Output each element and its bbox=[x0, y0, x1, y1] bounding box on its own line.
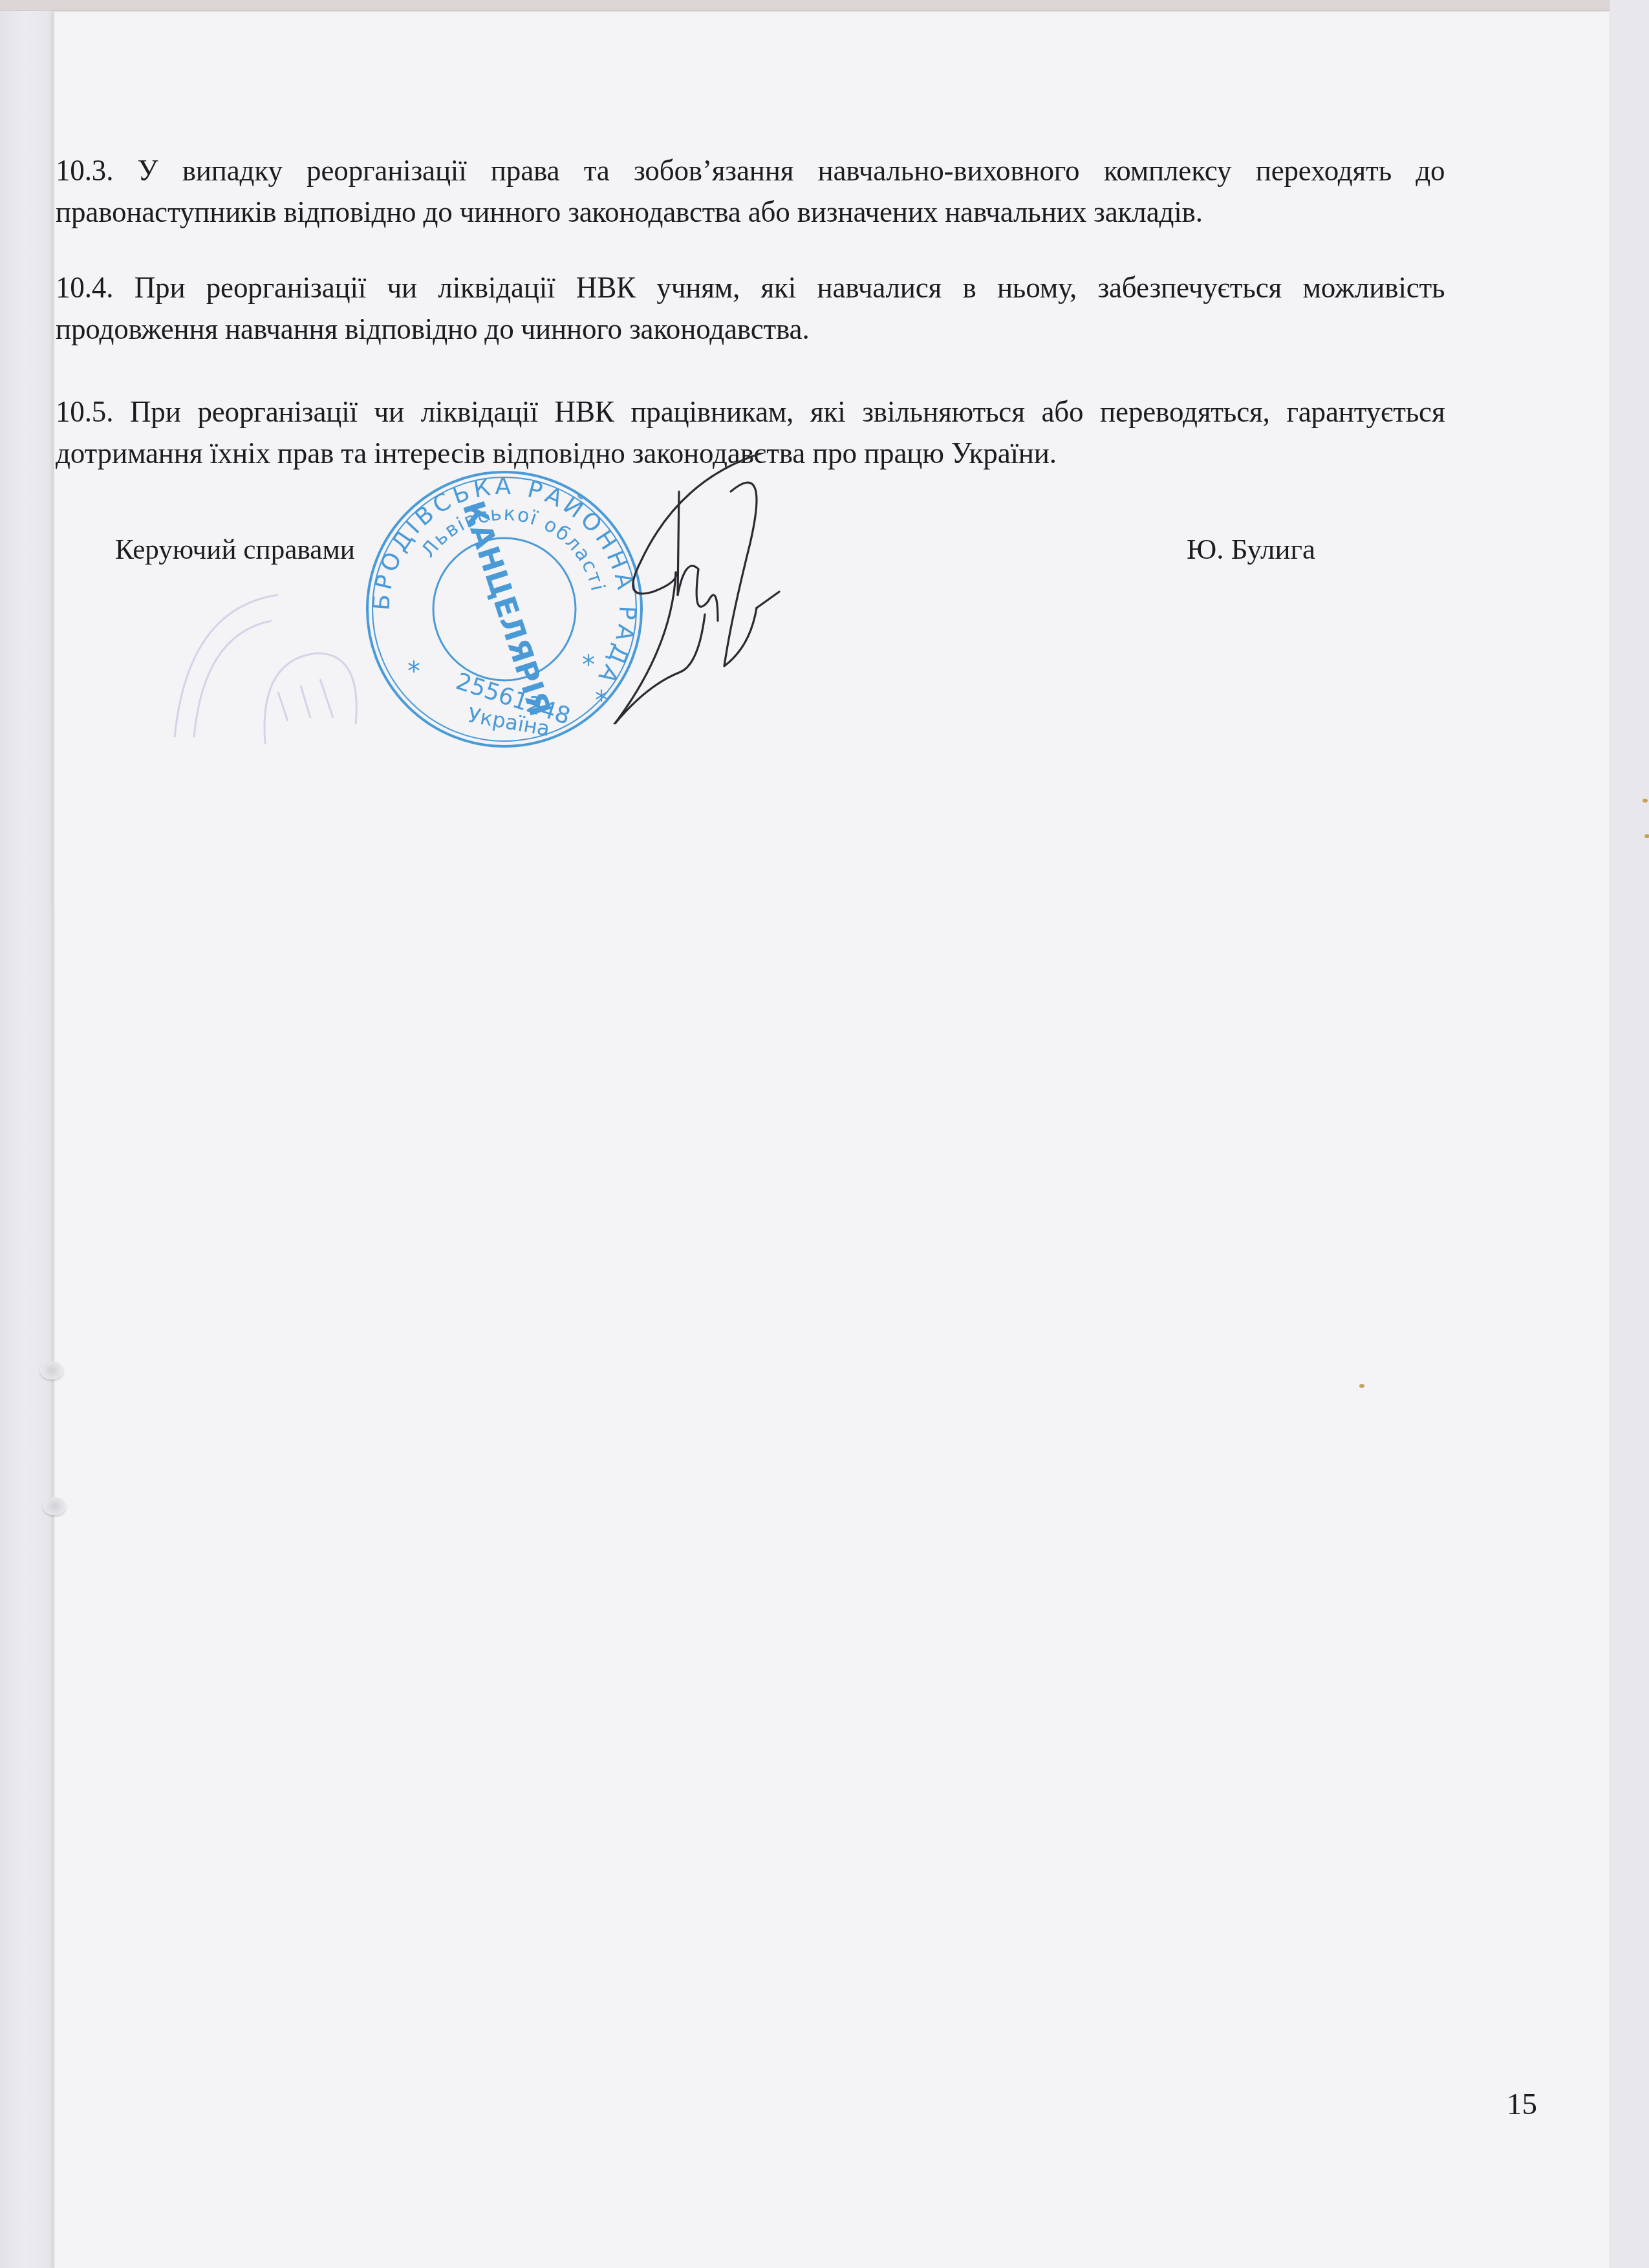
stamp-star-icon: * bbox=[582, 651, 595, 680]
paragraph-10-4: 10.4. При реорганізації чи ліквідації НВ… bbox=[56, 267, 1445, 350]
signatory-role: Керуючий справами bbox=[115, 532, 355, 566]
binding-hole bbox=[43, 1497, 66, 1515]
page-number: 15 bbox=[1507, 2087, 1537, 2122]
scan-top-edge bbox=[0, 0, 1649, 11]
paragraph-line: продовження навчання відповідно до чинно… bbox=[56, 308, 1445, 350]
paragraph-line: 10.4. При реорганізації чи ліквідації НВ… bbox=[56, 267, 1445, 308]
stamp-star-icon: * bbox=[407, 657, 420, 687]
paragraph-10-3: 10.3. У випадку реорганізації права та з… bbox=[56, 150, 1445, 233]
scan-right-edge bbox=[1610, 0, 1649, 2268]
paragraph-line: 10.3. У випадку реорганізації права та з… bbox=[56, 150, 1445, 191]
handwritten-signature bbox=[601, 453, 789, 724]
binding-hole bbox=[40, 1361, 63, 1379]
scan-speck bbox=[1644, 834, 1649, 838]
faded-stamp-impression bbox=[149, 582, 382, 750]
binding-fold bbox=[53, 905, 55, 2268]
scan-speck bbox=[1359, 1384, 1364, 1388]
paragraph-line: правонаступників відповідно до чинного з… bbox=[56, 191, 1445, 233]
scan-speck bbox=[1643, 799, 1648, 803]
paragraph-line: 10.5. При реорганізації чи ліквідації НВ… bbox=[56, 391, 1445, 433]
document-page bbox=[54, 12, 1610, 2268]
signatory-name: Ю. Булига bbox=[1187, 532, 1315, 566]
